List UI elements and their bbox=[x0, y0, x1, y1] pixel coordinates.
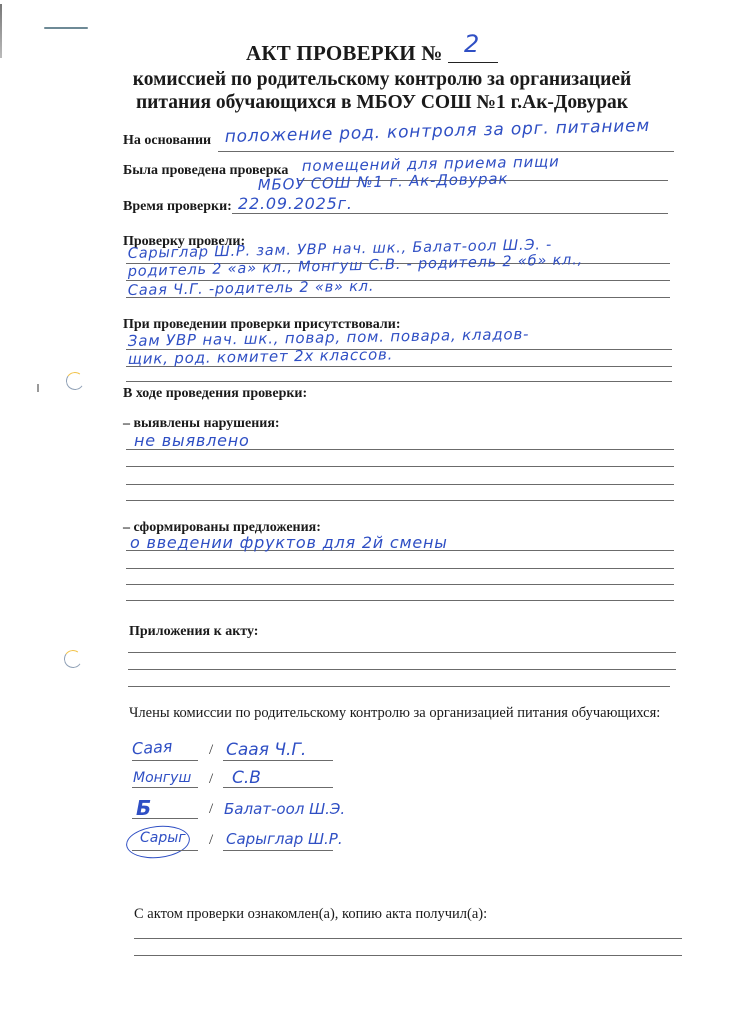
member-2-name: С.В bbox=[232, 768, 261, 788]
title-prefix: АКТ ПРОВЕРКИ № bbox=[246, 41, 443, 65]
during-inspection-label: В ходе проведения проверки: bbox=[123, 386, 307, 402]
present-line-3 bbox=[126, 381, 672, 382]
violations-line-4 bbox=[126, 500, 674, 501]
basis-line bbox=[218, 151, 674, 152]
act-number: 2 bbox=[464, 30, 480, 58]
scan-dash-mark bbox=[44, 27, 88, 29]
member-2-signature: Монгуш bbox=[133, 770, 191, 786]
violations-value: не выявлено bbox=[134, 431, 250, 450]
attachments-line-3 bbox=[128, 686, 670, 687]
member-3-signature: Б bbox=[136, 796, 151, 820]
violations-line-2 bbox=[126, 466, 674, 467]
acknowledgement-label: С актом проверки ознакомлен(а), копию ак… bbox=[134, 906, 487, 923]
member-4-signature-line bbox=[132, 850, 198, 851]
attachments-label: Приложения к акту: bbox=[129, 624, 258, 640]
document-title: АКТ ПРОВЕРКИ № 2 bbox=[0, 40, 744, 66]
acknowledgement-line-1 bbox=[134, 938, 682, 939]
member-4-name: Сарыглар Ш.Р. bbox=[226, 830, 343, 848]
member-3-separator: / bbox=[209, 801, 213, 818]
member-2-separator: / bbox=[209, 771, 213, 788]
member-1-signature: Саая bbox=[131, 737, 173, 759]
proposals-line-4 bbox=[126, 600, 674, 601]
attachments-line-2 bbox=[128, 669, 676, 670]
member-4-signature: Сарыг bbox=[140, 830, 186, 846]
member-3-name: Балат-оол Ш.Э. bbox=[224, 800, 345, 818]
document-subtitle-line2: питания обучающихся в МБОУ СОШ №1 г.Ак-Д… bbox=[0, 91, 744, 115]
proposals-line-3 bbox=[126, 584, 674, 585]
scanned-document-page: АКТ ПРОВЕРКИ № 2 комиссией по родительск… bbox=[0, 0, 744, 1024]
member-4-separator: / bbox=[209, 832, 213, 849]
proposals-line-2 bbox=[126, 568, 674, 569]
member-1-name-line bbox=[223, 760, 333, 761]
present-value-2: щик, род. комитет 2х классов. bbox=[128, 345, 394, 368]
member-1-signature-line bbox=[132, 760, 198, 761]
acknowledgement-line-2 bbox=[134, 955, 682, 956]
proposals-value: о введении фруктов для 2й смены bbox=[130, 533, 448, 552]
member-4-name-line bbox=[223, 850, 333, 851]
violations-label: – выявлены нарушения: bbox=[123, 416, 280, 432]
punch-hole-mark bbox=[65, 371, 86, 392]
act-number-field: 2 bbox=[448, 40, 498, 63]
inspection-time-label: Время проверки: bbox=[123, 199, 232, 215]
punch-hole-mark bbox=[63, 649, 84, 670]
document-subtitle-line1: комиссией по родительскому контролю за о… bbox=[0, 68, 744, 92]
member-1-name: Саая Ч.Г. bbox=[226, 740, 306, 760]
inspection-time-value: 22.09.2025г. bbox=[238, 194, 353, 213]
basis-label: На основании bbox=[123, 133, 211, 149]
member-1-separator: / bbox=[209, 742, 213, 759]
attachments-line-1 bbox=[128, 652, 676, 653]
inspection-time-line bbox=[232, 213, 668, 214]
commission-label: Члены комиссии по родительскому контролю… bbox=[129, 705, 660, 722]
basis-value: положение род. контроля за орг. питанием bbox=[224, 116, 650, 147]
inspection-subject-value-line2: МБОУ СОШ №1 г. Ак-Довурак bbox=[258, 169, 509, 194]
member-2-signature-line bbox=[132, 787, 198, 788]
scan-tick-mark bbox=[37, 384, 39, 392]
violations-line-3 bbox=[126, 484, 674, 485]
inspected-by-value-3: Саая Ч.Г. -родитель 2 «в» кл. bbox=[128, 279, 375, 299]
